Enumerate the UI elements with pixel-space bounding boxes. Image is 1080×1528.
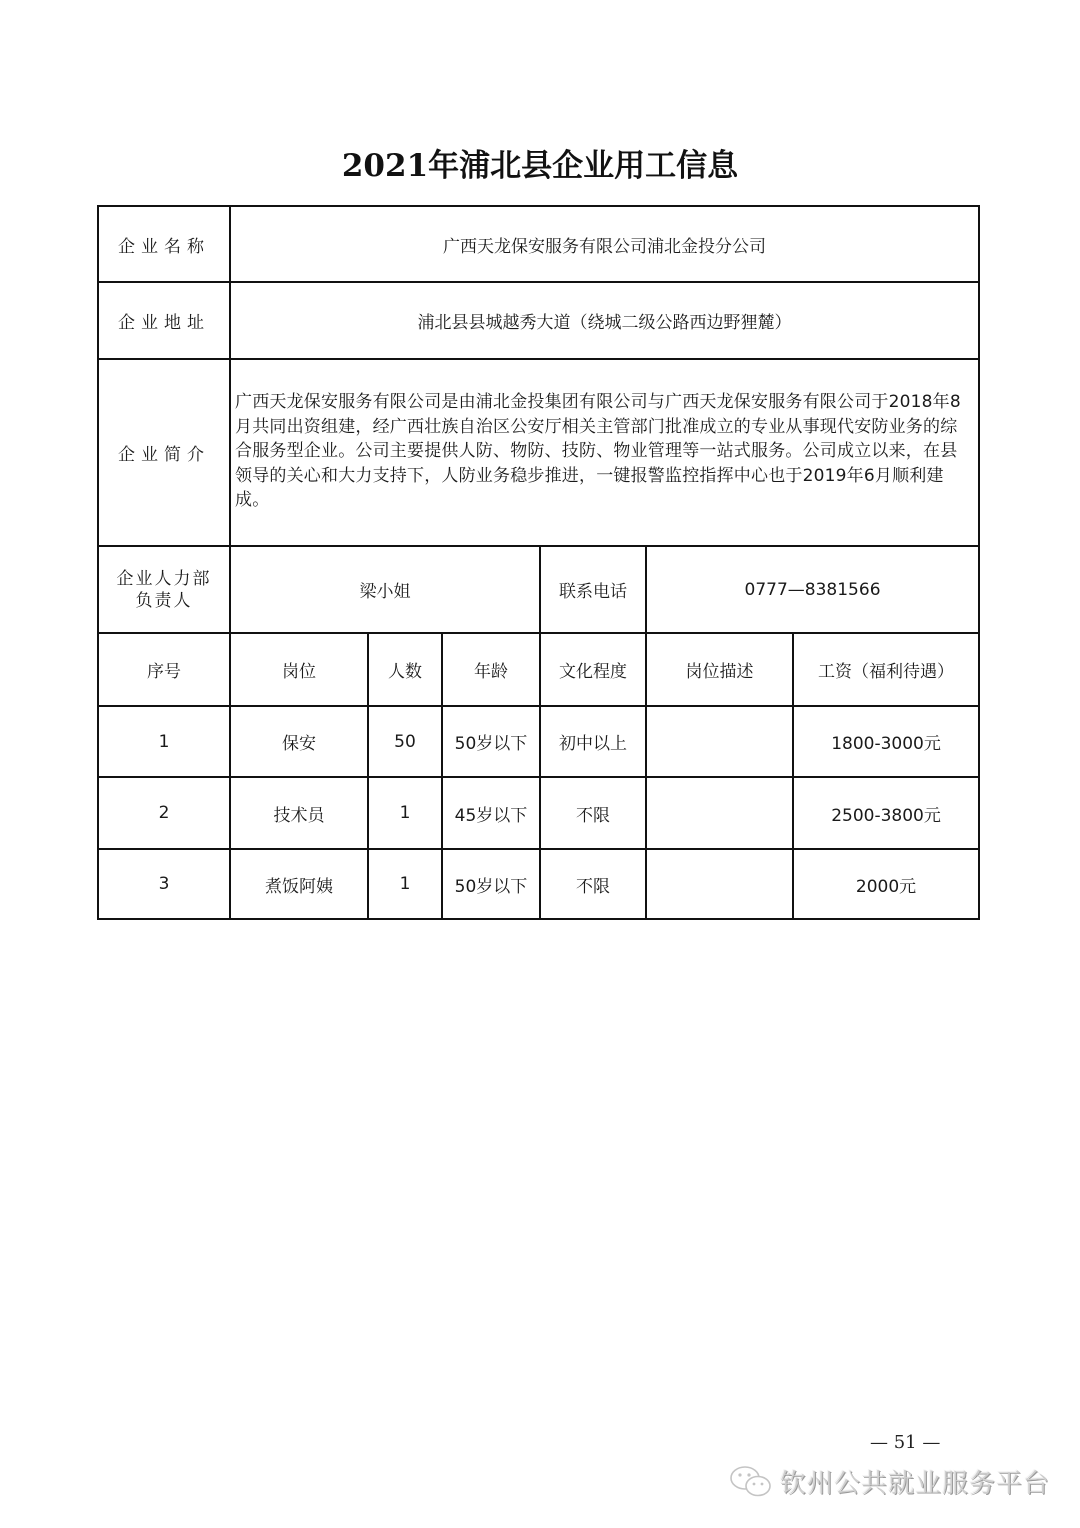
cell-index: 1 [98,706,230,777]
hr-contact-row: 企业人力部 负责人 梁小姐 联系电话 0777—8381566 [98,546,979,633]
phone-value: 0777—8381566 [646,546,979,633]
company-address-label: 企业地址 [98,282,230,359]
hr-label: 企业人力部 负责人 [98,546,230,633]
company-name-value: 广西天龙保安服务有限公司浦北金投分公司 [230,206,979,282]
header-age: 年龄 [442,633,540,706]
page-title: 2021年浦北县企业用工信息 [0,140,1080,185]
company-name-label: 企业名称 [98,206,230,282]
job-info-table: 企业名称 广西天龙保安服务有限公司浦北金投分公司 企业地址 浦北县县城越秀大道（… [97,205,980,920]
hr-label-line1: 企业人力部 [99,568,229,590]
header-count: 人数 [368,633,442,706]
cell-salary: 1800-3000元 [793,706,979,777]
hr-contact-value: 梁小姐 [230,546,540,633]
header-position: 岗位 [230,633,368,706]
wechat-icon [728,1464,774,1500]
phone-label: 联系电话 [540,546,646,633]
hr-label-line2: 负责人 [99,590,229,612]
company-intro-row: 企业简介 广西天龙保安服务有限公司是由浦北金投集团有限公司与广西天龙保安服务有限… [98,359,979,546]
cell-position: 煮饭阿姨 [230,849,368,919]
cell-age: 50岁以下 [442,849,540,919]
cell-description [646,706,793,777]
cell-education: 初中以上 [540,706,646,777]
page-number: — 51 — [870,1432,940,1453]
watermark-text: 钦州公共就业服务平台 [780,1463,1050,1500]
cell-count: 1 [368,849,442,919]
table-row: 1 保安 50 50岁以下 初中以上 1800-3000元 [98,706,979,777]
cell-index: 2 [98,777,230,849]
cell-position: 技术员 [230,777,368,849]
cell-position: 保安 [230,706,368,777]
company-address-row: 企业地址 浦北县县城越秀大道（绕城二级公路西边野狸麓） [98,282,979,359]
cell-count: 50 [368,706,442,777]
cell-description [646,849,793,919]
cell-description [646,777,793,849]
cell-salary: 2500-3800元 [793,777,979,849]
cell-index: 3 [98,849,230,919]
cell-count: 1 [368,777,442,849]
table-row: 3 煮饭阿姨 1 50岁以下 不限 2000元 [98,849,979,919]
cell-age: 45岁以下 [442,777,540,849]
company-intro-value: 广西天龙保安服务有限公司是由浦北金投集团有限公司与广西天龙保安服务有限公司于20… [230,359,979,546]
header-salary: 工资（福利待遇） [793,633,979,706]
jobs-header-row: 序号 岗位 人数 年龄 文化程度 岗位描述 工资（福利待遇） [98,633,979,706]
cell-age: 50岁以下 [442,706,540,777]
header-index: 序号 [98,633,230,706]
table-row: 2 技术员 1 45岁以下 不限 2500-3800元 [98,777,979,849]
cell-education: 不限 [540,777,646,849]
company-name-row: 企业名称 广西天龙保安服务有限公司浦北金投分公司 [98,206,979,282]
watermark: 钦州公共就业服务平台 [728,1463,1050,1500]
cell-salary: 2000元 [793,849,979,919]
company-intro-label: 企业简介 [98,359,230,546]
cell-education: 不限 [540,849,646,919]
header-description: 岗位描述 [646,633,793,706]
header-education: 文化程度 [540,633,646,706]
company-address-value: 浦北县县城越秀大道（绕城二级公路西边野狸麓） [230,282,979,359]
